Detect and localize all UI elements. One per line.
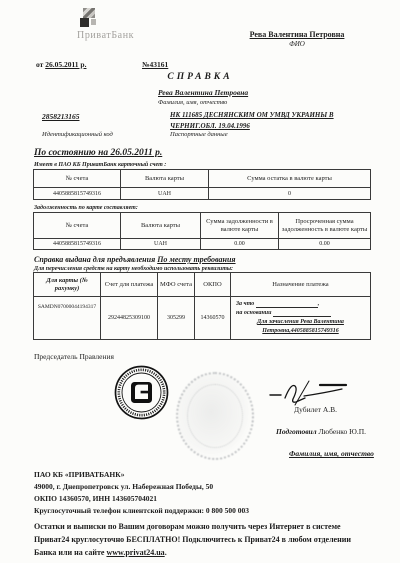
balance-account-number: 4405885815749316	[34, 188, 121, 200]
for-what-blank	[256, 302, 318, 308]
id-code-label: Идентификационный код	[42, 131, 113, 138]
bank-certificate-page: ПриватБанк Рева Валентина Петровна ФИО о…	[0, 0, 400, 563]
requisites-table: Для карты (№ рахунку) Счет для платежа М…	[33, 272, 371, 340]
requisites-okpo: 14360570	[195, 297, 231, 340]
debt-header-amount: Сумма задолженности в валюте карты	[201, 213, 279, 239]
privatbank-logo-icon	[80, 8, 96, 27]
footer-address: 49000, г. Днепропетровск ул. Набережная …	[34, 482, 213, 491]
requisites-header-okpo: ОКПО	[195, 273, 231, 297]
footer-bank-name: ПАО КБ «ПРИВАТБАНК»	[34, 470, 124, 479]
debt-overdue-amount: 0.00	[279, 239, 371, 250]
basis-label: на основании	[236, 310, 271, 316]
passport-label: Паспортные данные	[170, 131, 228, 138]
basis-blank	[273, 311, 331, 317]
for-what-label: За что	[236, 301, 254, 307]
footer-codes: ОКПО 14360570, ИНН 143605704021	[34, 494, 157, 503]
requisites-header-account: Счет для платежа	[101, 273, 158, 297]
balance-data-row: 4405885815749316 UAH 0	[34, 188, 371, 200]
debt-amount: 0.00	[201, 239, 279, 250]
footer-privat24-promo: Остатки и выписки по Вашим договорам мож…	[34, 520, 360, 559]
balance-header-amount: Сумма остатка в валюте карты	[209, 170, 371, 188]
footer-support-phone: Круглосуточный телефон клиентской поддер…	[34, 506, 249, 515]
bank-round-seal	[114, 365, 169, 420]
balance-header-account: № счета	[34, 170, 121, 188]
payment-purpose-cell: За что , на основании Для зачисления Рев…	[231, 297, 371, 340]
debt-header-currency: Валюта карты	[121, 213, 201, 239]
document-title: СПРАВКА	[0, 72, 400, 82]
person-name-label: Фамилия, имя, отчество	[158, 99, 227, 106]
issued-for-line: Справка выдана для предъявления По месту…	[34, 255, 236, 264]
prepared-name: Любенко Ю.П.	[317, 427, 366, 436]
issued-prefix: Справка выдана для предъявления	[34, 255, 157, 264]
requisites-data-row: SAMDN07000044194317 29244825309100 30529…	[34, 297, 371, 340]
faint-stamp-inner-ring	[187, 384, 243, 448]
requisites-header-purpose: Назначение платежа	[231, 273, 371, 297]
debt-header-row: № счета Валюта карты Сумма задолженности…	[34, 213, 371, 239]
purpose-basis: на основании	[236, 309, 365, 317]
chairman-title: Председатель Правления	[34, 352, 114, 361]
document-number: №43161	[142, 60, 168, 69]
requisites-account-number: 29244825309100	[101, 297, 158, 340]
prepared-label: Подготовил	[276, 427, 317, 436]
debt-header-overdue: Просроченная сумма задолженность в валют…	[279, 213, 371, 239]
debt-currency: UAH	[121, 239, 201, 250]
balance-currency: UAH	[121, 188, 209, 200]
requisites-header-card: Для карты (№ рахунку)	[34, 273, 101, 297]
debt-data-row: 4405885815749316 UAH 0.00 0.00	[34, 239, 371, 250]
debt-header-account: № счета	[34, 213, 121, 239]
person-id-code: 2858213165	[42, 112, 80, 121]
debt-table: № счета Валюта карты Сумма задолженности…	[33, 212, 371, 250]
person-passport: НК 111685 ДЕСНЯНСКИМ ОМ УМВД УКРАИНЫ В Ч…	[170, 110, 348, 132]
balance-amount: 0	[209, 188, 371, 200]
purpose-credit-line1: Для зачисления Рева Валентина	[236, 318, 365, 326]
promo-text: Остатки и выписки по Вашим договорам мож…	[34, 522, 351, 557]
requisites-mfo: 305299	[158, 297, 195, 340]
prepared-name-label: Фамилия, имя, отчество	[289, 449, 374, 458]
account-intro-line: Имеет в ПАО КБ ПриватБанк карточный счет…	[34, 162, 166, 168]
debt-account-number: 4405885815749316	[34, 239, 121, 250]
date-prefix: от	[36, 60, 45, 69]
privat24-site-url: www.privat24.ua	[106, 548, 164, 557]
document-date: от 26.05.2011 р.	[36, 60, 86, 69]
issued-emphasis: По месту требования	[157, 255, 235, 264]
faint-round-stamp	[176, 372, 254, 460]
recipient-block: Рева Валентина Петровна ФИО	[238, 30, 356, 48]
privatbank-wordmark: ПриватБанк	[77, 30, 134, 41]
purpose-for-what: За что ,	[236, 300, 365, 308]
person-full-name: Рева Валентина Петровна	[158, 88, 248, 97]
balance-header-row: № счета Валюта карты Сумма остатка в вал…	[34, 170, 371, 188]
chairman-signature	[268, 378, 353, 408]
date-value: 26.05.2011 р.	[45, 60, 86, 69]
logo-pattern	[83, 8, 95, 18]
purpose-credit-line2: Петровна,4405885815749316	[236, 327, 365, 335]
chairman-name: Дубилет А.В.	[294, 405, 337, 414]
prepared-by-line: Подготовил Любенко Ю.П.	[276, 427, 366, 436]
requisites-header-mfo: МФО счета	[158, 273, 195, 297]
as-of-date-line: По состоянию на 26.05.2011 р.	[34, 148, 162, 158]
requisites-card-number: SAMDN07000044194317	[34, 297, 101, 340]
requisites-header-row: Для карты (№ рахунку) Счет для платежа М…	[34, 273, 371, 297]
recipient-label: ФИО	[238, 40, 356, 48]
balance-table: № счета Валюта карты Сумма остатка в вал…	[33, 169, 371, 200]
logo-square	[80, 18, 89, 27]
debt-intro-line: Задолженность по карте составляет:	[34, 205, 138, 211]
recipient-name: Рева Валентина Петровна	[238, 30, 356, 39]
for-what-suffix: ,	[318, 301, 320, 307]
balance-header-currency: Валюта карты	[121, 170, 209, 188]
logo-fragment	[91, 19, 96, 25]
promo-suffix: .	[165, 548, 167, 557]
